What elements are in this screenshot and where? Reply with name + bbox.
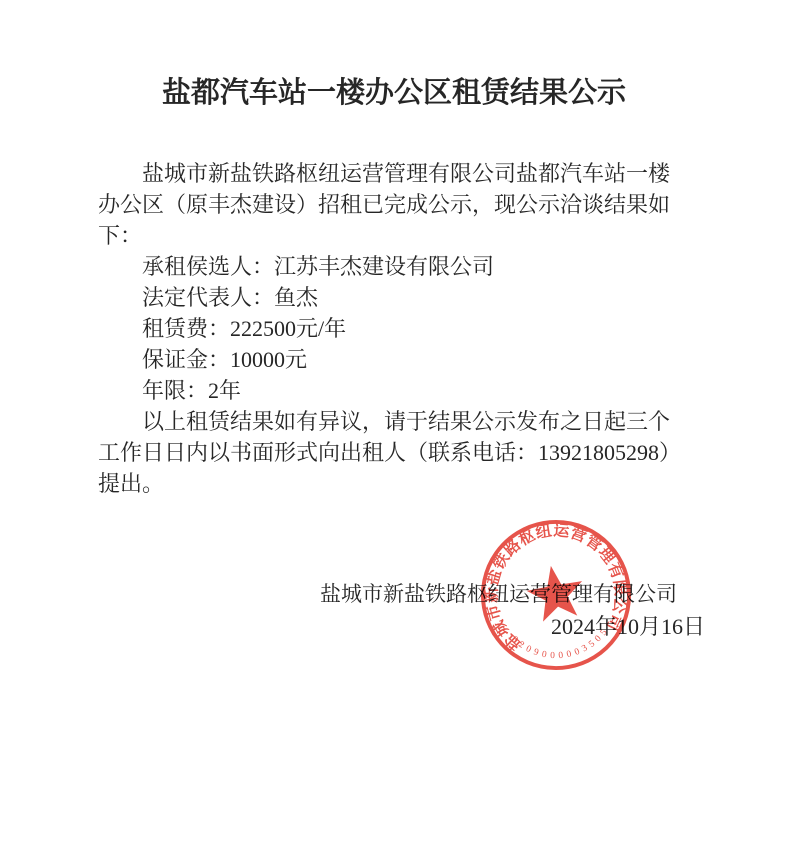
star-icon bbox=[523, 561, 588, 624]
document-body: 盐城市新盐铁路枢纽运营管理有限公司盐都汽车站一楼办公区（原丰杰建设）招租已完成公… bbox=[98, 158, 688, 499]
detail-line-deposit: 保证金：10000元 bbox=[98, 344, 688, 375]
official-seal: 盐城市新盐铁路枢纽运营管理有限公司 3209000003505 bbox=[464, 503, 647, 686]
detail-line-legal-representative: 法定代表人：鱼杰 bbox=[98, 282, 688, 313]
page-title: 盐都汽车站一楼办公区租赁结果公示 bbox=[0, 74, 788, 112]
detail-line-tenant: 承租侯选人：江苏丰杰建设有限公司 bbox=[98, 251, 688, 282]
objection-notice-paragraph: 以上租赁结果如有异议，请于结果公示发布之日起三个工作日日内以书面形式向出租人（联… bbox=[98, 406, 688, 499]
intro-paragraph: 盐城市新盐铁路枢纽运营管理有限公司盐都汽车站一楼办公区（原丰杰建设）招租已完成公… bbox=[98, 158, 688, 251]
detail-line-rent-fee: 租赁费：222500元/年 bbox=[98, 313, 688, 344]
detail-line-term: 年限：2年 bbox=[98, 375, 688, 406]
